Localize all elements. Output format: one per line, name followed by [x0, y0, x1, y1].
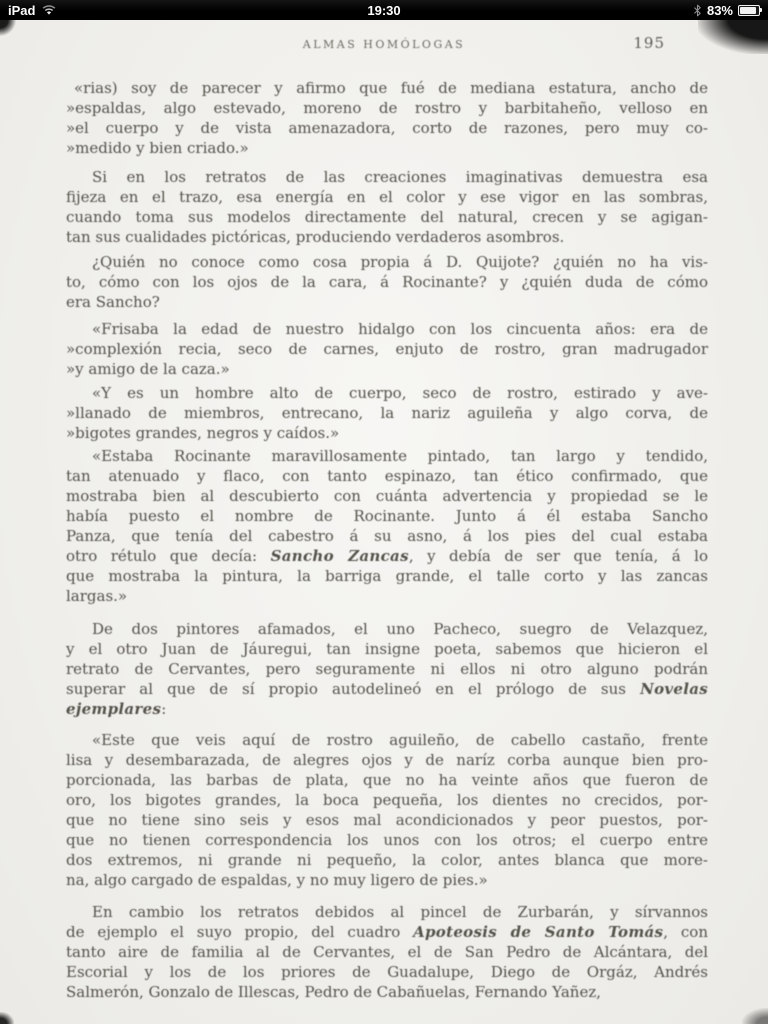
text-line: tan atenuado y flaco, con tanto espinazo… — [66, 466, 708, 486]
text-line: «rias) soy de parecer y afirmo que fué d… — [66, 78, 708, 98]
paragraph: «Este que veis aquí de rostro aguileño, … — [66, 730, 708, 890]
text-line: De dos pintores afamados, el uno Pacheco… — [66, 619, 708, 639]
text-line: »complexión recia, seco de carnes, enjut… — [66, 339, 708, 359]
text-line: que mostraba la pintura, la barriga gran… — [66, 566, 708, 586]
battery-icon — [738, 5, 760, 16]
text-line: tan sus cualidades pictóricas, producien… — [66, 227, 708, 247]
page-number: 195 — [633, 34, 665, 52]
paragraph: «rias) soy de parecer y afirmo que fué d… — [66, 78, 708, 158]
text-line: «Y es un hombre alto de cuerpo, seco de … — [66, 383, 708, 403]
paragraph: En cambio los retratos debidos al pincel… — [66, 902, 708, 1002]
text-line: »el cuerpo y de vista amenazadora, corto… — [66, 118, 708, 138]
scanned-page-content: ALMAS HOMÓLOGAS 195 «rias) soy de parece… — [0, 34, 768, 1002]
text-line: que no tienen correspondencia los unos c… — [66, 830, 708, 850]
text-line: En cambio los retratos debidos al pincel… — [66, 902, 708, 922]
text-line: ejemplares: — [66, 699, 708, 719]
text-line: »espaldas, algo estevado, moreno de rost… — [66, 98, 708, 118]
text-line: mostraba bien al descubierto con cuánta … — [66, 486, 708, 506]
battery-percent: 83% — [707, 3, 733, 18]
text-line: era Sancho? — [66, 292, 708, 312]
wifi-icon — [41, 4, 57, 16]
text-line: tanto aire de familia al de Cervantes, e… — [66, 942, 708, 962]
bluetooth-icon — [693, 4, 702, 17]
page-corner-shadow — [742, 1008, 768, 1024]
status-bar: iPad 19:30 83% — [0, 0, 768, 20]
text-line: largas.» — [66, 586, 708, 606]
text-line: »y amigo de la caza.» — [66, 359, 708, 379]
text-line: »bigotes grandes, negros y caídos.» — [66, 423, 708, 443]
status-bar-right: 83% — [693, 3, 768, 18]
page-header: ALMAS HOMÓLOGAS 195 — [0, 34, 768, 64]
text-line: »llanado de miembros, entrecano, la nari… — [66, 403, 708, 423]
clock: 19:30 — [0, 3, 768, 18]
book-page[interactable]: ALMAS HOMÓLOGAS 195 «rias) soy de parece… — [0, 20, 768, 1024]
text-line: de ejemplo el suyo propio, del cuadro Ap… — [66, 922, 708, 942]
text-line: Escorial y los de los priores de Guadalu… — [66, 962, 708, 982]
paragraph: «Frisaba la edad de nuestro hidalgo con … — [66, 319, 708, 379]
paragraph: De dos pintores afamados, el uno Pacheco… — [66, 619, 708, 719]
text-line: y el otro Juan de Jáuregui, tan insigne … — [66, 639, 708, 659]
text-line: otro rétulo que decía: Sancho Zancas, y … — [66, 546, 708, 566]
device-label: iPad — [8, 3, 35, 18]
text-line: to, cómo con los ojos de la cara, á Roci… — [66, 272, 708, 292]
text-line: superar al que de sí propio autodelineó … — [66, 679, 708, 699]
paragraph: Si en los retratos de las creaciones ima… — [66, 167, 708, 247]
text-line: oro, los bigotes grandes, la boca pequeñ… — [66, 790, 708, 810]
text-line: había puesto el nombre de Rocinante. Jun… — [66, 506, 708, 526]
text-line: Salmerón, Gonzalo de Illescas, Pedro de … — [66, 982, 708, 1002]
text-line: «Este que veis aquí de rostro aguileño, … — [66, 730, 708, 750]
text-line: retrato de Cervantes, pero seguramente n… — [66, 659, 708, 679]
text-line: na, algo cargado de espaldas, y no muy l… — [66, 870, 708, 890]
text-line: »medido y bien criado.» — [66, 138, 708, 158]
text-line: ¿Quién no conoce como cosa propia á D. Q… — [66, 252, 708, 272]
text-line: lisa y desembarazada, de alegres ojos y … — [66, 750, 708, 770]
text-line: porcionada, las barbas de plata, que no … — [66, 770, 708, 790]
text-line: cuando toma sus modelos directamente del… — [66, 207, 708, 227]
paragraph: «Y es un hombre alto de cuerpo, seco de … — [66, 383, 708, 443]
paragraph: ¿Quién no conoce como cosa propia á D. Q… — [66, 252, 708, 312]
text-line: que no tiene sino seis y esos mal acondi… — [66, 810, 708, 830]
text-line: Panza, que tenía del cabestro á su asno,… — [66, 526, 708, 546]
status-bar-left: iPad — [0, 3, 57, 18]
page-text: «rias) soy de parecer y afirmo que fué d… — [66, 78, 708, 1002]
paragraph: «Estaba Rocinante maravillosamente pinta… — [66, 446, 708, 606]
ipad-screen: iPad 19:30 83% — [0, 0, 768, 1024]
text-line: «Frisaba la edad de nuestro hidalgo con … — [66, 319, 708, 339]
page-corner-shadow — [0, 1012, 14, 1024]
text-line: dos extremos, ni grande ni pequeño, la c… — [66, 850, 708, 870]
text-line: fijeza en el trazo, esa energía en el co… — [66, 187, 708, 207]
text-line: Si en los retratos de las creaciones ima… — [66, 167, 708, 187]
text-line: «Estaba Rocinante maravillosamente pinta… — [66, 446, 708, 466]
